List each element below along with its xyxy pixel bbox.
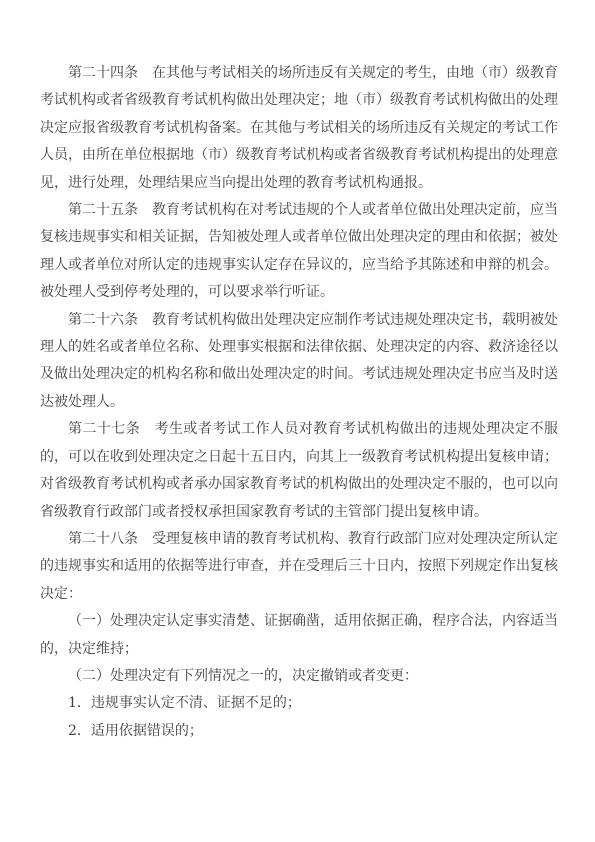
document-page: 第二十四条 在其他与考试相关的场所违反有关规定的考生，由地（市）级教育考试机构或… — [0, 0, 595, 842]
paragraph-article-27: 第二十七条 考生或者考试工作人员对教育考试机构做出的违规处理决定不服的，可以在收… — [40, 416, 558, 526]
paragraph-item-1: 1．违规事实认定不清、证据不足的； — [40, 690, 558, 717]
paragraph-article-28: 第二十八条 受理复核申请的教育考试机构、教育行政部门应对处理决定所认定的违规事实… — [40, 526, 558, 608]
paragraph-article-26: 第二十六条 教育考试机构做出处理决定应制作考试违规处理决定书，载明被处理人的姓名… — [40, 307, 558, 417]
paragraph-article-25: 第二十五条 教育考试机构在对考试违规的个人或者单位做出处理决定前，应当复核违规事… — [40, 197, 558, 307]
paragraph-clause-2: （二）处理决定有下列情况之一的，决定撤销或者变更： — [40, 663, 558, 690]
paragraph-article-24: 第二十四条 在其他与考试相关的场所违反有关规定的考生，由地（市）级教育考试机构或… — [40, 60, 558, 197]
paragraph-clause-1: （一）处理决定认定事实清楚、证据确凿，适用依据正确，程序合法，内容适当的，决定维… — [40, 608, 558, 663]
document-body: 第二十四条 在其他与考试相关的场所违反有关规定的考生，由地（市）级教育考试机构或… — [40, 60, 558, 745]
paragraph-item-2: 2．适用依据错误的； — [40, 718, 558, 745]
